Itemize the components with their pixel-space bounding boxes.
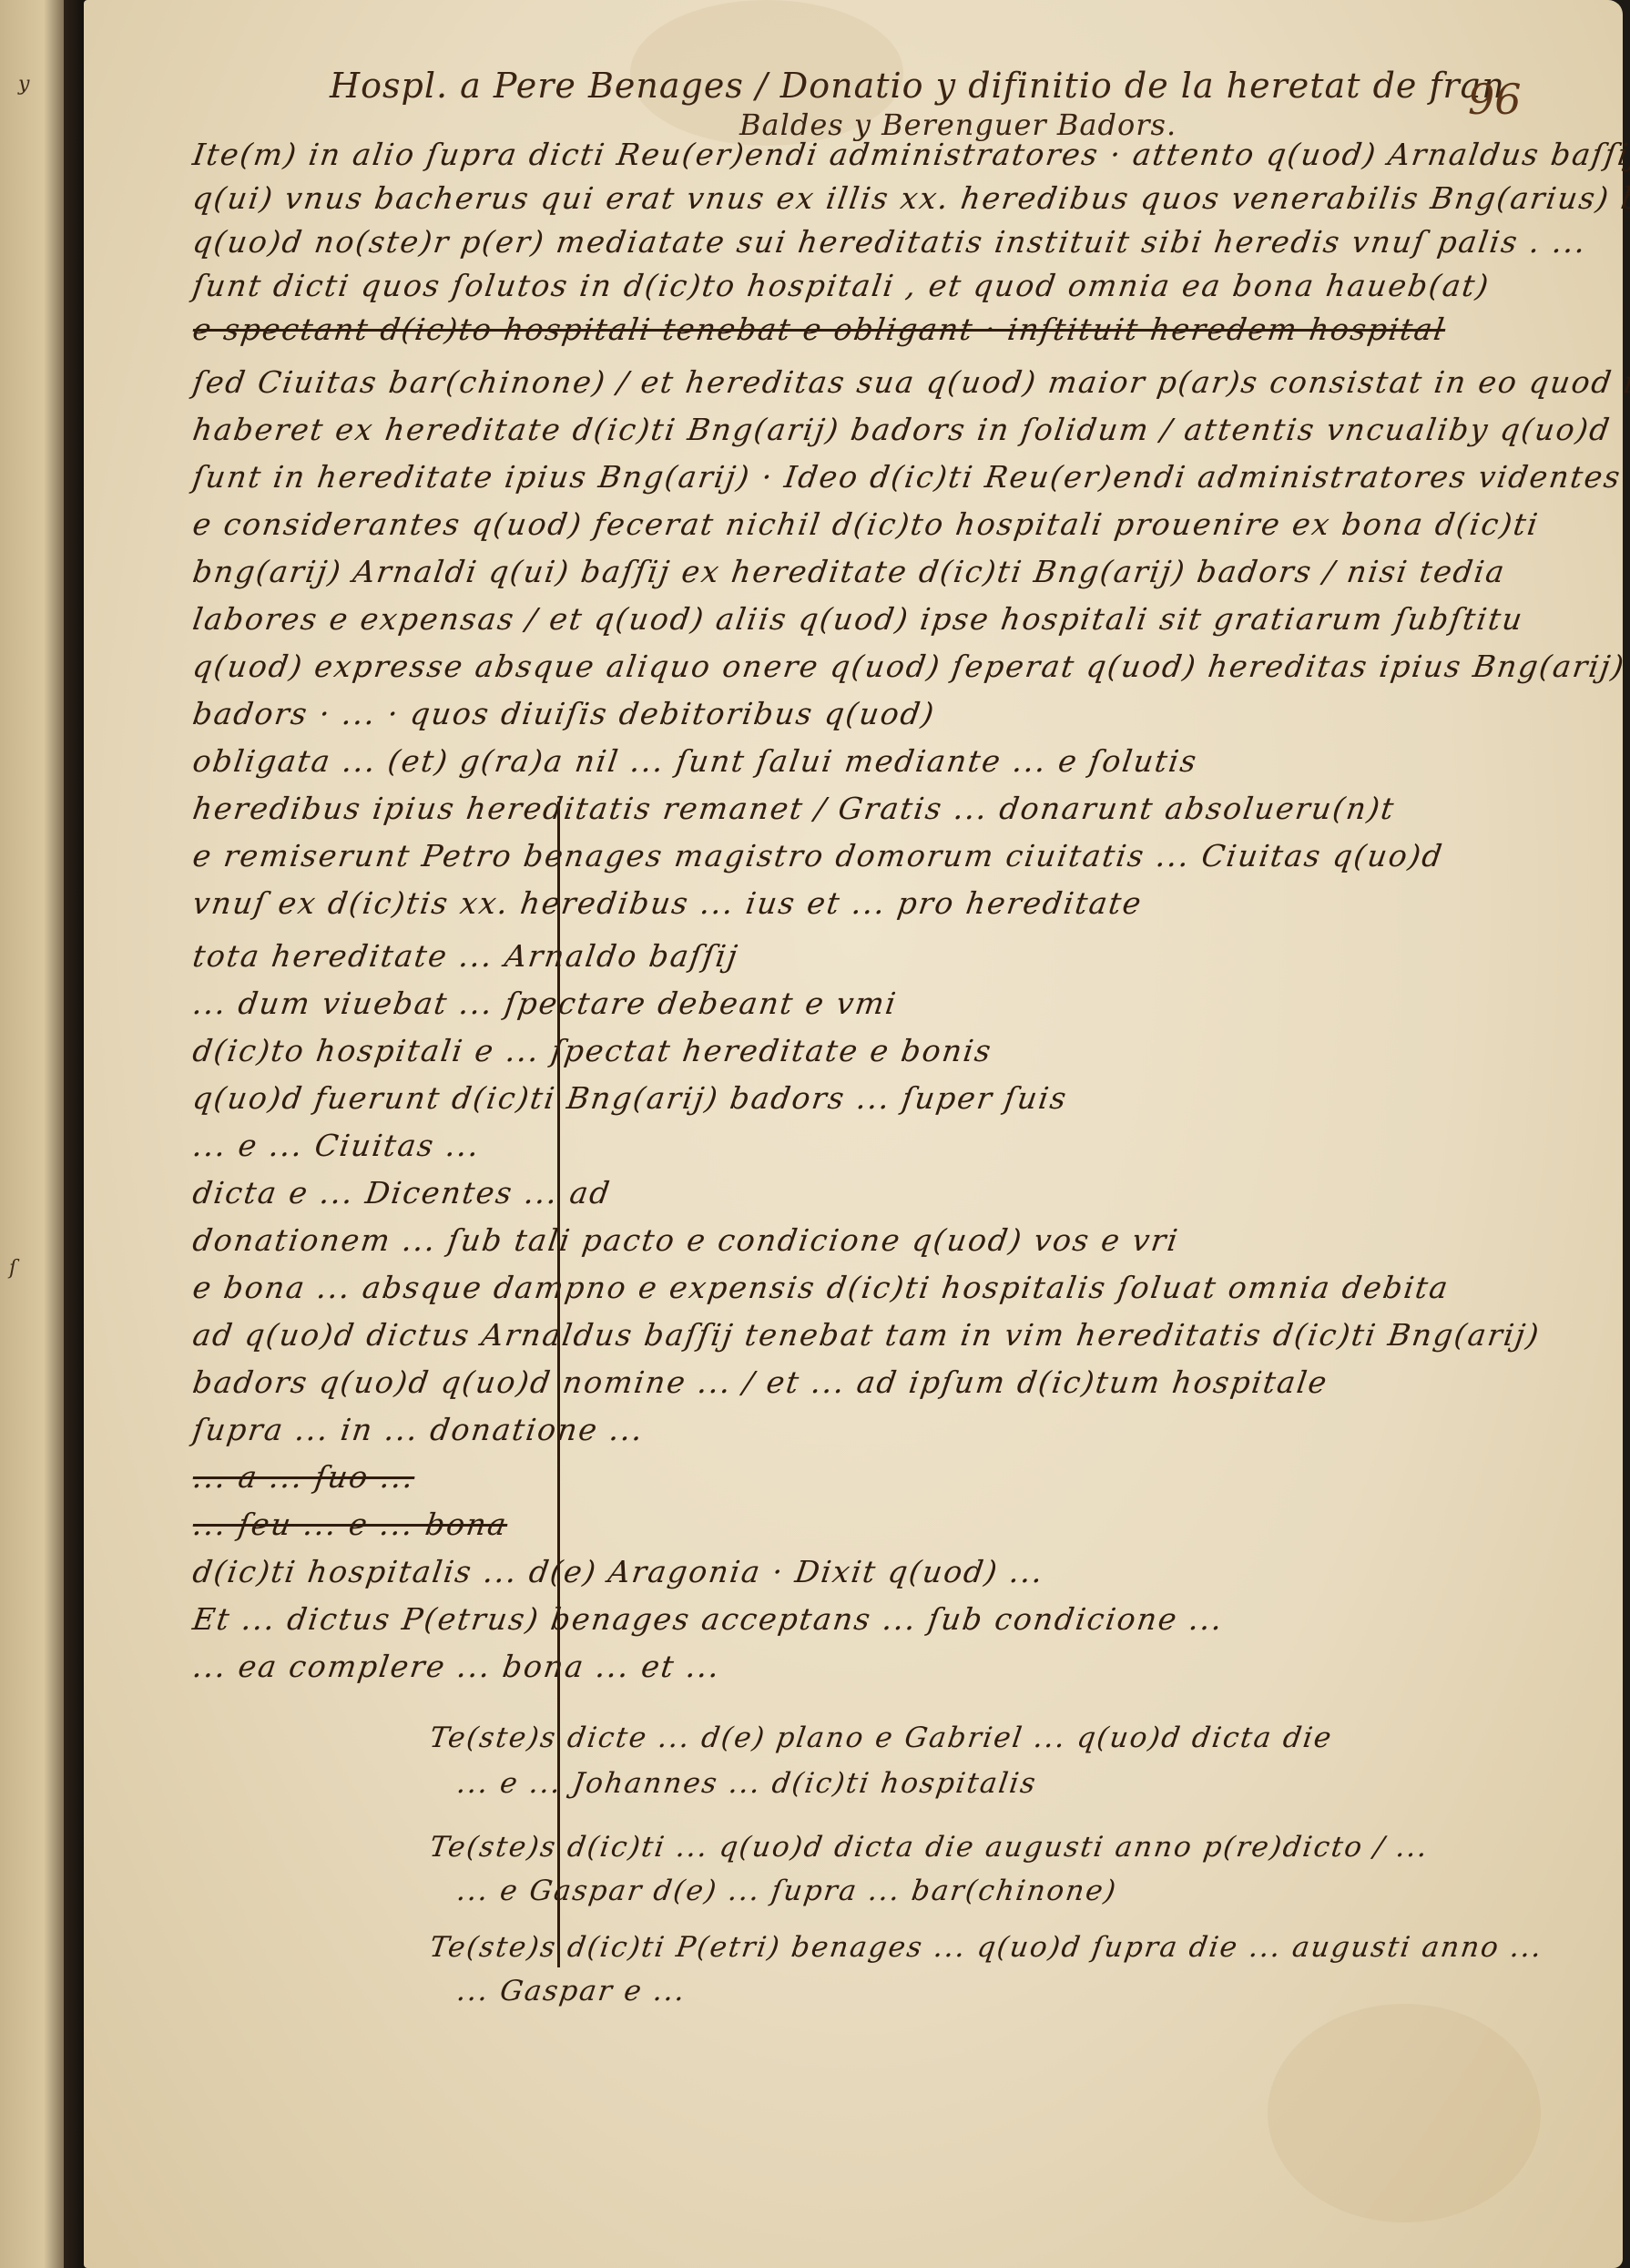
- text-line: d(ic)ti hospitalis ... d(e) Aragonia · D…: [190, 1554, 1046, 1589]
- text-line: badors q(uo)d q(uo)d nomine ... / et ...…: [190, 1364, 1330, 1400]
- facing-page-edge: y ſ: [0, 0, 73, 2268]
- witness-line: Te(ste)s dicte ... d(e) plano e Gabriel …: [427, 1721, 1334, 1754]
- witness-line: Te(ste)s d(ic)ti P(etri) benages ... q(u…: [427, 1931, 1544, 1964]
- manuscript-page: Hospl. a Pere Benages / Donatio y difini…: [84, 0, 1623, 2268]
- text-line: ſupra ... in ... donatione ...: [190, 1412, 647, 1447]
- text-line: ... ea complere ... bona ... et ...: [190, 1649, 723, 1684]
- witness-line: ... e Gaspar d(e) ... ſupra ... bar(chin…: [454, 1875, 1119, 1907]
- text-line: donationem ... ſub tali pacto e condicio…: [190, 1222, 1181, 1258]
- text-line: e bona ... absque dampno e expensis d(ic…: [190, 1270, 1452, 1305]
- text-line: obligata ... (et) g(ra)a nil ... ſunt ſa…: [190, 743, 1200, 779]
- text-line: q(ui) vnus bacherus qui erat vnus ex ill…: [190, 180, 1630, 216]
- text-line: haberet ex hereditate d(ic)ti Bng(arij) …: [190, 412, 1613, 447]
- text-line: ſunt in hereditate ipius Bng(arij) · Ide…: [190, 459, 1624, 495]
- page-heading: Hospl. a Pere Benages / Donatio y difini…: [330, 66, 1505, 106]
- witness-line: ... e ... Johannes ... d(ic)ti hospitali…: [454, 1767, 1039, 1800]
- text-line: vnuſ ex d(ic)tis xx. heredibus ... ius e…: [190, 885, 1145, 921]
- text-line: dicta e ... Dicentes ... ad: [190, 1175, 613, 1211]
- text-line-struck: ... a ... ſuo ...: [190, 1459, 417, 1495]
- text-line: q(uo)d fuerunt d(ic)ti Bng(arij) badors …: [190, 1080, 1070, 1116]
- text-line: ... dum viuebat ... ſpectare debeant e v…: [190, 986, 900, 1021]
- text-line: d(ic)to hospitali e ... ſpectat heredita…: [190, 1033, 994, 1068]
- text-line: e considerantes q(uod) fecerat nichil d(…: [190, 506, 1542, 542]
- text-line: q(uod) expresse absque aliquo onere q(uo…: [190, 649, 1627, 684]
- witness-line: ... Gaspar e ...: [454, 1975, 688, 2007]
- witness-line: Te(ste)s d(ic)ti ... q(uo)d dicta die au…: [427, 1831, 1431, 1864]
- text-line: bng(arij) Arnaldi q(ui) baſſij ex heredi…: [190, 554, 1508, 589]
- text-line: tota hereditate ... Arnaldo baſſij: [190, 938, 741, 974]
- text-line: e remiserunt Petro benages magistro domo…: [190, 838, 1445, 873]
- text-line: labores e expensas / et q(uod) aliis q(u…: [190, 601, 1526, 637]
- facing-page-fragment: ſ: [9, 1257, 16, 1280]
- text-line: ad q(uo)d dictus Arnaldus baſſij tenebat…: [190, 1317, 1543, 1353]
- text-line: Ite(m) in alio ſupra dicti Reu(er)endi a…: [190, 137, 1630, 172]
- text-line: ... e ... Ciuitas ...: [190, 1128, 483, 1163]
- text-line: badors · ... · quos diuiſis debitoribus …: [190, 696, 937, 731]
- text-line: ſed Ciuitas bar(chinone) / et hereditas …: [190, 364, 1630, 400]
- text-line: heredibus ipius hereditatis remanet / Gr…: [190, 791, 1398, 826]
- text-line: q(uo)d no(ste)r p(er) mediatate sui here…: [190, 224, 1589, 260]
- stain: [1268, 2004, 1541, 2222]
- text-line-struck: e spectant d(ic)to hospitali tenebat e o…: [190, 312, 1448, 347]
- facing-page-fragment: y: [18, 73, 29, 96]
- folio-number: 96: [1468, 75, 1522, 124]
- text-line-struck: ... ſeu ... e ... bona: [190, 1507, 510, 1542]
- text-line: Et ... dictus P(etrus) benages acceptans…: [190, 1601, 1226, 1637]
- text-line: ſunt dicti quos ſolutos in d(ic)to hospi…: [190, 268, 1492, 303]
